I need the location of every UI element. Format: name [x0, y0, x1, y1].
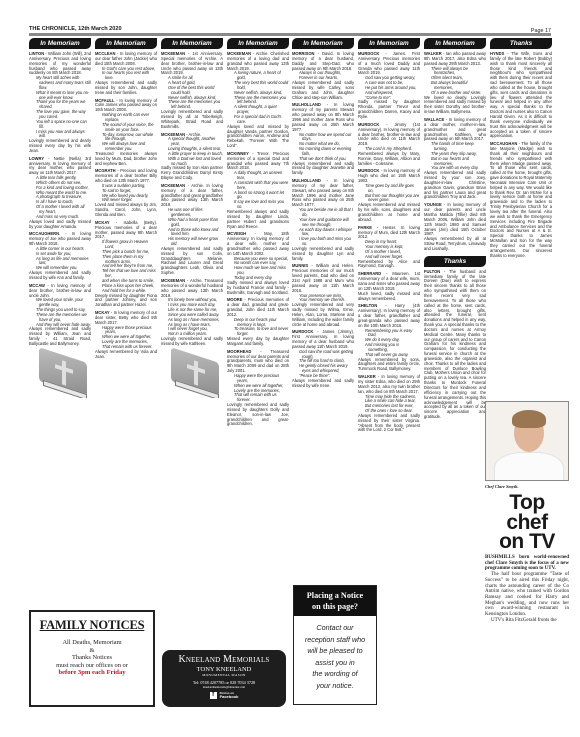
notice-text: MCCAUGHERN. - In loving memory of Joe wh…	[29, 232, 91, 247]
family-notices-line4: must reach our offices on or	[31, 662, 153, 670]
notice-entry: MCCAW - In loving memory of dear brother…	[29, 284, 91, 347]
column-2: In MemoriamMCKEEMAN - 1st Anniversary. S…	[161, 38, 223, 398]
notice-verse: Deep in my heart,Your memory is kept,Of …	[358, 240, 420, 259]
notice-entry: MCKEEMAN - Archie. Treasured memories of…	[161, 279, 223, 347]
placing-body: Contact our reception staff who will be …	[294, 616, 376, 691]
notice-entry: MCKEEMAN - Archie. In loving memory of a…	[161, 184, 223, 276]
notice-closing: Always remembered and missed by his wife…	[358, 203, 420, 222]
family-notices-line3: Thanks Notices	[31, 654, 153, 662]
notice-text: PARKE - Hester. In loving memory of Mum,…	[358, 226, 420, 241]
notice-entry: LINTON - William John (Will), 2nd Annive…	[29, 52, 91, 154]
section-header: In Memoriam	[95, 38, 157, 49]
notice-text: LINTON - William John (Will), 2nd Annive…	[29, 52, 91, 76]
notice-entry: MCVEIGH - May, 18th Anniversary. In lovi…	[227, 232, 289, 295]
notice-verse: A special thought, another year,Loving t…	[161, 137, 223, 166]
notice-verse: A daily thought, an unseen tear,A consta…	[227, 171, 289, 210]
section-header: In Memoriam	[227, 38, 289, 49]
notice-verse: Happy were those precious years,When we …	[95, 326, 157, 350]
article-body2: UTV's Rita FitzGerald fronts the	[485, 618, 569, 624]
placing-line: Contact our	[294, 622, 376, 634]
family-notices-box: FAMILY NOTICES All Deaths, Memoriam & Th…	[29, 610, 155, 707]
notice-verse: You are beside me in all that I do,Your …	[292, 208, 354, 247]
notice-verse: God saw the road was getting rough,The h…	[292, 350, 354, 379]
notice-text: MCKAY - Isabella (Betty). Precious memor…	[95, 221, 157, 240]
notice-verse: It was a sudden parting,To sad to forget…	[95, 184, 157, 203]
notice-verse: A smile for all,A heart of gold,One of t…	[161, 76, 223, 110]
notice-text: HYNDS - The Wife, Sons and family of the…	[490, 52, 552, 139]
notice-text: MULHOLLAND - In loving memory of my pare…	[292, 103, 354, 132]
notice-entry: WALLACE - In loving memory of a dear mot…	[424, 118, 486, 200]
notice-entry: MCGRATH - Precious and loving memories o…	[95, 169, 157, 217]
notice-closing: Always remembered and sadly missed by so…	[161, 247, 223, 276]
notice-body: - The Wife, Sons and family of the late …	[490, 51, 552, 138]
notice-text: MURDOCK - In loving memory of Hugh who d…	[358, 169, 420, 184]
notice-closing: Sadly missed by daughter Rhonda, partner…	[358, 100, 420, 119]
notice-entry: MOORHEAD - Treasured memories of our dea…	[227, 350, 289, 428]
notice-closing: Always remembered by all at Straw Road, …	[424, 237, 486, 252]
notice-closing: Missed every day by daughter Margaret an…	[227, 337, 289, 347]
facebook-icon: f	[210, 692, 217, 699]
notice-entry: SHELTON - Harry (4th Anniversary). In lo…	[358, 304, 420, 372]
notice-closing: Remembered always by Mary, Ronnie, Davy,…	[358, 152, 420, 167]
column-6: In MemoriamWALKER - Ian who passed away …	[424, 38, 486, 423]
notice-closing: Always remembered and sadly missed by wi…	[292, 379, 354, 389]
notice-entry: MCKEEMAN - 1st Anniversary. Special memo…	[161, 52, 223, 130]
notice-entry: MORRISON - David. In loving memory of a …	[292, 52, 354, 100]
section-header: In Memoriam	[358, 38, 420, 49]
thanks-entry: FULTON - The husband and immediate famil…	[424, 270, 486, 420]
notice-verse: A loving nature, a heart of gold,The ver…	[227, 71, 289, 124]
bible-icon	[35, 353, 91, 398]
notice-verse: Because you were so special,No words can…	[227, 257, 289, 281]
notice-entry: MURDOCK - In loving memory of Hugh who d…	[358, 169, 420, 222]
notice-body: - William and Helen. Precious memories o…	[292, 263, 354, 292]
notice-verse: Nothing on earth can ever replace,The so…	[95, 113, 157, 152]
notice-text: MCCAW - In loving memory of dear brother…	[29, 284, 91, 299]
column-4: In MemoriamMORRISON - David. In loving m…	[292, 38, 354, 392]
notice-entry: MCKINNEY - Trevor. Precious memories of …	[227, 152, 289, 230]
notice-closing: Always remembered and sadly missed by so…	[95, 81, 157, 96]
notice-closing: Remembered by Alice and Raymond, Garvagh…	[358, 260, 420, 270]
notice-entry: MCKEEMAN - Archie.A special thought, ano…	[161, 133, 223, 181]
notice-closing: Much loved, sadly missed and always reme…	[358, 292, 420, 302]
section-header: In Memoriam	[29, 38, 91, 49]
notice-text: MCGRATH - Precious and loving memories o…	[95, 169, 157, 184]
notice-closing: Always remembered by sons, daughters and…	[358, 358, 420, 373]
notice-text: MOORE - Precious memories of a dear dad,…	[227, 298, 289, 317]
notice-text: MURDOCK - Jimmy (1st Anniversary). In lo…	[358, 123, 420, 147]
notice-closing: Lovingly remembered and sadly missed by …	[227, 403, 289, 427]
notice-entry: HYNDS - The Wife, Sons and family of the…	[490, 52, 552, 139]
notice-verse: He was one of lifes gentlemen,Who had a …	[161, 208, 223, 247]
notice-text: MCFAULL - In loving memory of Colin Jame…	[95, 99, 157, 114]
feature-headline: Top chef on TV	[485, 493, 569, 552]
notice-text: MCKEEMAN - Archie. In loving memory of a…	[161, 184, 223, 208]
notice-closing: Remembered always and sadly missed by da…	[227, 210, 289, 229]
notice-entry: MCFAULL - In loving memory of Colin Jame…	[95, 99, 157, 167]
notice-verse: There will always be heartaches,Often si…	[424, 67, 486, 96]
notice-verse: A little tear falls gently,Which others …	[29, 176, 91, 220]
family-notices-line2: &	[31, 647, 153, 655]
feature-article: BUSHMILLS born world-renowned chef Clare…	[485, 555, 569, 623]
family-notices-deadline: before 3pm each Friday	[31, 669, 153, 677]
notice-verse: Remembering you is easy Dad,We do it eve…	[358, 329, 420, 358]
notice-entry: MULHOLLAND - In loving memory of my pare…	[292, 103, 354, 176]
placing-line: assist you in	[294, 657, 376, 669]
notice-entry: MURDOCK - James (Jimmy). First Anniversa…	[292, 330, 354, 388]
notice-entry: LOWRY - Nettie (Nella) 3rd anniversary. …	[29, 157, 91, 230]
notice-verse: A little corner in our heartsIs set asid…	[29, 247, 91, 271]
placing-line: your notice.	[294, 680, 376, 692]
kneeland-name: TONY KNEELAND	[162, 666, 286, 673]
notice-text: MCCLEAN - In loving memory of our dear f…	[95, 52, 157, 67]
notice-text: WALKER - Ian who passed away 8th March 2…	[424, 52, 486, 67]
masthead-title: THE CHRONICLE, 12th March 2020	[29, 26, 122, 32]
verse-line: My heart still aches with sadness and ma…	[35, 76, 91, 91]
notice-closing: Always remembered and sadly missed by da…	[292, 162, 354, 177]
notice-text: LOWRY - Nettie (Nella) 3rd anniversary. …	[29, 157, 91, 176]
kneeland-title: Kneeland Memorials	[162, 654, 286, 665]
notice-closing: Always loved and sadly missed by your da…	[29, 220, 91, 230]
column-7: ThanksHYNDS - The Wife, Sons and family …	[490, 38, 552, 261]
placing-notice-box: Placing a Notice on this page? Contact o…	[293, 585, 377, 705]
notice-text: MCKAY - In loving memory of our dear sis…	[95, 311, 157, 326]
notice-text: MCKINNEY - Trevor. Precious memories of …	[227, 152, 289, 171]
placing-line: reception staff who	[294, 634, 376, 646]
notice-text: MORRISON - David. In loving memory of a …	[292, 52, 354, 71]
placing-title1: Placing a Notice	[294, 590, 376, 601]
masthead: THE CHRONICLE, 12th March 2020 Page 17	[29, 26, 551, 38]
notice-entry: MCKAY - In loving memory of our dear sis…	[95, 311, 157, 359]
section-header-thanks: Thanks	[424, 256, 486, 267]
notice-body: - The family of the late Marjorie (Madge…	[490, 141, 552, 257]
section-header: In Memoriam	[424, 38, 486, 49]
notice-closing: Lovingly remembered and sadly missed by …	[161, 110, 223, 129]
notice-verse: In God's care you rest above,In our hear…	[95, 67, 157, 82]
notice-closing: Lovingly remembered and sadly missed by …	[161, 337, 223, 347]
notice-verse: No matter how we spend our days,No matte…	[292, 133, 354, 162]
notice-closing: Loved and missed always by Jim, Sandra, …	[95, 203, 157, 218]
notice-text: MULHOLLAND - In loving memory of my dear…	[292, 179, 354, 208]
notice-closing: Always loved and missed by daughter Vand…	[227, 125, 289, 149]
facebook-link[interactable]: f Find us onFacebook	[162, 691, 286, 699]
placing-notice-header: Placing a Notice on this page?	[294, 586, 376, 616]
notice-verse: The hands of time keep turning,The years…	[424, 142, 486, 171]
notice-text: YOUNGE - In loving memory of our dear pa…	[424, 203, 486, 237]
notice-verse: It's lonely here without you,I miss you …	[161, 298, 223, 337]
notice-text: MURDOCK - James (Jimmy). First Anniversa…	[292, 330, 354, 349]
notice-entry: MCKEEMAN - Archie. Cherished memories of…	[227, 52, 289, 149]
notice-verse: My heart still aches with sadness and ma…	[29, 76, 91, 139]
section-header: In Memoriam	[161, 38, 223, 49]
notice-entry: MUNNIS - William and Helen. Precious mem…	[292, 264, 354, 327]
notice-text: MCVEIGH - May, 18th Anniversary. In lovi…	[227, 232, 289, 256]
notice-text: MCKEEMAN - Archie. Cherished memories of…	[227, 52, 289, 71]
notice-verse: Deep in our hearts your memory is kept,T…	[227, 318, 289, 337]
notice-text: SHERRARD - Maureen. 1st Anniversary of a…	[358, 272, 420, 291]
notice-closing: Sadly missed by Son Alan partner Kerry G…	[161, 166, 223, 181]
kneeland-subtitle: MONUMENTAL MASON	[162, 673, 286, 677]
notice-closing: Sadly missed and always loved by husband…	[227, 281, 289, 296]
notice-entry: MCCLEAN - In loving memory of our dear f…	[95, 52, 157, 96]
kneeland-memorials-ad: Kneeland Memorials TONY KNEELAND MONUMEN…	[162, 650, 286, 707]
facebook-label: Facebook	[220, 694, 239, 699]
notice-entry: WALKER - Ian who passed away 8th March 2…	[424, 52, 486, 115]
notice-closing: Lovingly remembered and dearly missed ev…	[29, 139, 91, 154]
placing-line: will be pleased to	[294, 645, 376, 657]
notice-entry: MCCAUGHERN. - In loving memory of Joe wh…	[29, 232, 91, 280]
notice-verse: Time goes by and life goes on,But from o…	[358, 184, 420, 203]
notice-closing: Always remembered and sadly missed by th…	[358, 414, 420, 433]
notice-closing: Lovingly remembered and sadly missed by …	[292, 247, 354, 262]
column-3: In MemoriamMCKEEMAN - Archie. Cherished …	[227, 38, 289, 430]
kneeland-email: kneelandmemorials@btinternet.com	[162, 685, 286, 689]
notice-entry: YOUNGE - In loving memory of our dear pa…	[424, 203, 486, 251]
notice-entry: MCCAUGHAN - The family of the late Marjo…	[490, 142, 552, 258]
notice-verse: God saw you getting weary,A cure was not…	[358, 76, 420, 100]
header-rule	[29, 33, 551, 36]
family-notices-title: FAMILY NOTICES	[31, 618, 153, 633]
column-1: In MemoriamMCCLEAN - In loving memory of…	[95, 38, 157, 362]
notice-entry: SHERRARD - Maureen. 1st Anniversary of a…	[358, 272, 420, 301]
column-5: In MemoriamMURDOCK - James. First Annive…	[358, 38, 420, 436]
column-0: In MemoriamLINTON - William John (Will),…	[29, 38, 91, 398]
notice-entry: MULHOLLAND - In loving memory of my dear…	[292, 179, 354, 261]
chef-photo	[485, 401, 569, 481]
notice-text: WALKER - In loving memory of my sister E…	[358, 375, 420, 394]
notice-closing: Always remembered and sadly missed by wi…	[292, 81, 354, 100]
notice-text: WALLACE - In loving memory of a dear mot…	[424, 118, 486, 142]
notice-body: - The husband and immediate family of th…	[424, 269, 486, 419]
notice-closing: Deeply missed by daughter Fiona and part…	[95, 294, 157, 309]
notice-body: - In loving memory of my parents Stewart…	[292, 102, 354, 131]
notice-closing: We loved so dearly. Lovingly remembered …	[424, 96, 486, 115]
notice-text: SHELTON - Harry (4th Anniversary). In lo…	[358, 304, 420, 328]
notice-text: MCKEEMAN - 1st Anniversary. Special memo…	[161, 52, 223, 76]
family-notices-line1: All Deaths, Memoriam	[31, 639, 153, 647]
notice-text: MCKEEMAN - Archie. Treasured memories of…	[161, 279, 223, 298]
headline-line: on TV	[485, 532, 569, 552]
placing-title2: on this page?	[294, 601, 376, 612]
notice-entry: MOORE - Precious memories of a dear dad,…	[227, 298, 289, 346]
notice-entry: MCKAY - Isabella (Betty). Precious memor…	[95, 221, 157, 308]
notice-text: MOORHEAD - Treasured memories of our dea…	[227, 350, 289, 374]
notice-entry: PARKE - Hester. In loving memory of Mum,…	[358, 226, 420, 270]
notice-body: - In loving memory of our dear parents a…	[424, 202, 486, 236]
photo-caption: Chef Clare Smyth.	[485, 484, 569, 489]
notice-verse: If flowers grow in Heaven Lord,Then pick…	[95, 240, 157, 293]
notice-closing: Always remembered and sadly missed by yo…	[424, 171, 486, 200]
headline-line: Top	[485, 493, 569, 513]
notice-entry: WALKER - In loving memory of my sister E…	[358, 375, 420, 433]
notice-closing: Always remembered and sadly missed by Wi…	[29, 327, 91, 346]
article-body: The half hour programme "Taste of Succes…	[485, 572, 569, 618]
notice-text: MURDOCK - James. First Anniversary. Prec…	[358, 52, 420, 76]
section-header: In Memoriam	[292, 38, 354, 49]
notice-closing: Treasured memories always loved by Mum, …	[95, 152, 157, 167]
bible-icon	[167, 353, 223, 398]
notice-body: - In loving memory of my dear father, St…	[292, 178, 354, 207]
notice-text: MCCAUGHAN - The family of the late Marjo…	[490, 142, 552, 258]
notice-text: MUNNIS - William and Helen. Precious mem…	[292, 264, 354, 293]
notice-closing: Always remembered and sadly missed by wi…	[29, 271, 91, 281]
notice-closing: Lovingly remembered and very sadly misse…	[292, 303, 354, 327]
notice-verse: We loved your smile, your gentle way,The…	[29, 298, 91, 327]
notice-verse: Time may hide the sadness,Like a smile c…	[358, 395, 420, 414]
notice-verse: Happy were the precious years,When we we…	[227, 374, 289, 403]
section-header: Thanks	[490, 38, 552, 49]
notice-closing: Always remembered by Vola and Joan.	[95, 350, 157, 360]
placing-line: the wording of	[294, 668, 376, 680]
article-lead: BUSHMILLS born world-renowned chef Clare…	[485, 555, 569, 572]
notice-entry: MURDOCK - Jimmy (1st Anniversary). In lo…	[358, 123, 420, 167]
notice-entry: MURDOCK - James. First Anniversary. Prec…	[358, 52, 420, 120]
